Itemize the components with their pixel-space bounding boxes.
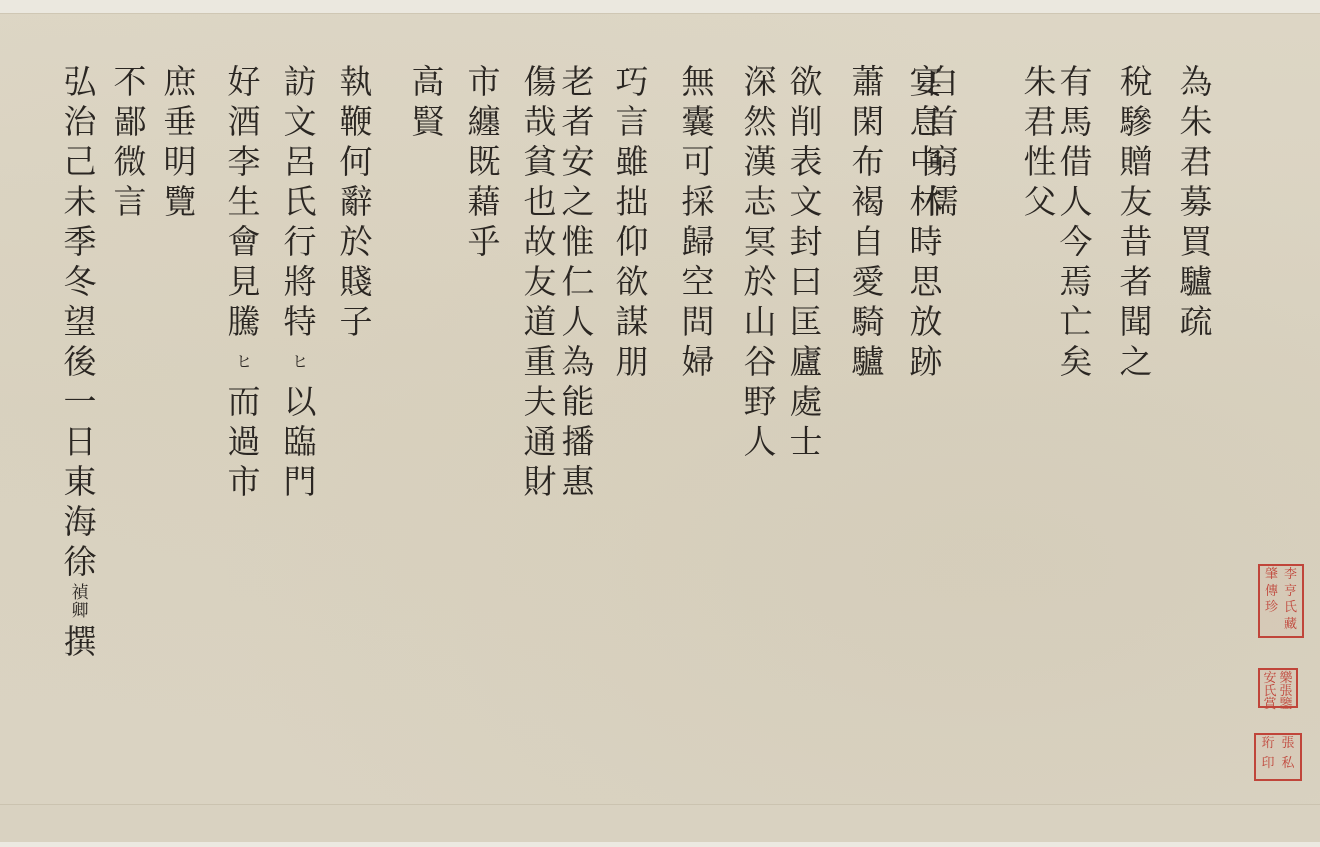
glyph: 高	[412, 62, 445, 102]
glyph: 季	[64, 222, 97, 262]
glyph: 生	[228, 182, 261, 222]
glyph: 財	[524, 462, 557, 502]
seal-glyph: 氏	[1281, 601, 1300, 618]
glyph: 以	[284, 382, 317, 422]
glyph: 士	[790, 422, 823, 462]
seal-glyph: 藏	[1281, 618, 1300, 635]
glyph: 文	[790, 182, 823, 222]
glyph: 酒	[228, 102, 261, 142]
glyph: 有	[1060, 62, 1093, 102]
glyph: 臨	[284, 422, 317, 462]
glyph: 山	[744, 302, 777, 342]
seal-glyph: 張	[1278, 737, 1298, 757]
text-column-7: 蕭閑布褐自愛騎驢	[846, 62, 890, 382]
glyph: 言	[616, 102, 649, 142]
glyph: 可	[682, 142, 715, 182]
glyph: 會	[228, 222, 261, 262]
glyph: 疏	[1180, 302, 1213, 342]
glyph: 一	[64, 382, 97, 422]
glyph: 惠	[562, 462, 595, 502]
glyph: 傷	[524, 62, 557, 102]
glyph: 婦	[682, 342, 715, 382]
glyph: 中	[910, 142, 943, 182]
glyph: 削	[790, 102, 823, 142]
glyph: 鞭	[340, 102, 373, 142]
glyph: 市	[228, 462, 261, 502]
glyph: ヒ	[236, 342, 252, 382]
text-column-4: 朱君性父	[1018, 62, 1062, 222]
glyph: 驢	[852, 342, 885, 382]
glyph: 蕭	[852, 62, 885, 102]
text-column-2: 稅驂贈友昔者聞之	[1114, 62, 1158, 382]
glyph: 李	[228, 142, 261, 182]
glyph: 撰	[64, 622, 97, 662]
glyph: 後	[64, 342, 97, 382]
seal-glyph: 賞	[1262, 698, 1278, 711]
glyph: 閑	[852, 102, 885, 142]
glyph: 父	[1024, 182, 1057, 222]
glyph: 門	[284, 462, 317, 502]
glyph: 朋	[616, 342, 649, 382]
glyph: 自	[852, 222, 885, 262]
seal-glyph: 亨	[1281, 585, 1300, 602]
glyph: 曰	[790, 262, 823, 302]
glyph: 驢	[1180, 262, 1213, 302]
seal-glyph: 肇	[1262, 568, 1281, 585]
seal-glyph: 珩	[1258, 737, 1278, 757]
glyph: 谷	[744, 342, 777, 382]
glyph: 治	[64, 102, 97, 142]
glyph: 無	[682, 62, 715, 102]
glyph: 也	[524, 182, 557, 222]
glyph: 而	[228, 382, 261, 422]
glyph: 匡	[790, 302, 823, 342]
glyph: 封	[790, 222, 823, 262]
glyph: 採	[682, 182, 715, 222]
glyph: 野	[744, 382, 777, 422]
glyph: 夫	[524, 382, 557, 422]
glyph: 為	[1180, 62, 1213, 102]
glyph: 冬	[64, 262, 97, 302]
glyph: 故	[524, 222, 557, 262]
glyph: 東	[64, 462, 97, 502]
text-column-14: 市纏既藉乎	[462, 62, 506, 262]
glyph: 特	[284, 302, 317, 342]
glyph: 庶	[164, 62, 197, 102]
glyph: 拙	[616, 182, 649, 222]
glyph: 囊	[682, 102, 715, 142]
glyph: 執	[340, 62, 373, 102]
glyph: 矣	[1060, 342, 1093, 382]
glyph: 冥	[744, 222, 777, 262]
text-column-1: 為朱君募買驢疏	[1174, 62, 1218, 342]
text-column-18: 好酒李生會見騰ヒ而過市	[222, 62, 266, 502]
scroll-bottom-mount	[0, 804, 1320, 847]
seal-glyph: 李	[1281, 568, 1300, 585]
glyph: 欲	[616, 262, 649, 302]
glyph: 明	[164, 142, 197, 182]
glyph: 雖	[616, 142, 649, 182]
text-column-16: 執鞭何辭於賤子	[334, 62, 378, 342]
glyph: 表	[790, 142, 823, 182]
glyph: ヒ	[292, 342, 308, 382]
glyph: 人	[744, 422, 777, 462]
glyph: 貧	[524, 142, 557, 182]
glyph: 志	[744, 182, 777, 222]
glyph: 贈	[1120, 142, 1153, 182]
glyph: 於	[340, 222, 373, 262]
collector-seal-2: 樂安張氏鑒賞	[1258, 668, 1298, 708]
glyph: 廬	[790, 342, 823, 382]
glyph: 友	[1120, 182, 1153, 222]
seal-glyph: 鑒	[1278, 698, 1294, 711]
glyph: 行	[284, 222, 317, 262]
glyph: 人	[562, 302, 595, 342]
scroll-top-mount	[0, 0, 1320, 14]
glyph: 仁	[562, 262, 595, 302]
glyph: 重	[524, 342, 557, 382]
text-column-8: 欲削表文封曰匡廬處士	[784, 62, 828, 462]
glyph: 播	[562, 422, 595, 462]
glyph: 老	[562, 62, 595, 102]
glyph: 褐	[852, 182, 885, 222]
glyph: 文	[284, 102, 317, 142]
glyph: 氏	[284, 182, 317, 222]
glyph: 既	[468, 142, 501, 182]
text-column-20: 不鄙微言	[108, 62, 152, 222]
glyph: 望	[64, 302, 97, 342]
glyph: 弘	[64, 62, 97, 102]
glyph: 布	[852, 142, 885, 182]
glyph: 者	[1120, 262, 1153, 302]
glyph: 為	[562, 342, 595, 382]
glyph: 辭	[340, 182, 373, 222]
glyph: 鄙	[114, 102, 147, 142]
glyph: 騰	[228, 302, 261, 342]
glyph: 之	[562, 182, 595, 222]
glyph: 友	[524, 262, 557, 302]
glyph: 今	[1060, 222, 1093, 262]
text-column-9: 深然漢志冥於山谷野人	[738, 62, 782, 462]
seal-glyph: 傳	[1262, 585, 1281, 602]
glyph: 賤	[340, 262, 373, 302]
glyph: 子	[340, 302, 373, 342]
glyph: 賢	[412, 102, 445, 142]
glyph: 處	[790, 382, 823, 422]
glyph: 見	[228, 262, 261, 302]
glyph: 深	[744, 62, 777, 102]
glyph: 何	[340, 142, 373, 182]
glyph: 借	[1060, 142, 1093, 182]
glyph: 過	[228, 422, 261, 462]
glyph: 問	[682, 302, 715, 342]
glyph: 好	[228, 62, 261, 102]
glyph: 禎卿	[72, 582, 89, 622]
text-column-11: 巧言雖拙仰欲謀朋	[610, 62, 654, 382]
glyph: 未	[64, 182, 97, 222]
glyph: 者	[562, 102, 595, 142]
text-column-12: 老者安之惟仁人為能播惠	[556, 62, 600, 502]
glyph: 垂	[164, 102, 197, 142]
glyph: 亡	[1060, 302, 1093, 342]
glyph: 能	[562, 382, 595, 422]
glyph: 乎	[468, 222, 501, 262]
glyph: 朱	[1180, 102, 1213, 142]
text-column-10: 無囊可採歸空問婦	[676, 62, 720, 382]
text-column-13: 傷哉貧也故友道重夫通財	[518, 62, 562, 502]
glyph: 之	[1120, 342, 1153, 382]
glyph: 人	[1060, 182, 1093, 222]
glyph: 道	[524, 302, 557, 342]
glyph: 放	[910, 302, 943, 342]
glyph: 林	[910, 182, 943, 222]
glyph: 息	[910, 102, 943, 142]
glyph: 買	[1180, 222, 1213, 262]
glyph: 募	[1180, 182, 1213, 222]
glyph: 徐	[64, 542, 97, 582]
glyph: 仰	[616, 222, 649, 262]
glyph: 訪	[284, 62, 317, 102]
glyph: 微	[114, 142, 147, 182]
text-column-21: 弘治己未季冬望後一日東海徐禎卿撰	[58, 62, 102, 662]
glyph: 愛	[852, 262, 885, 302]
glyph: 時	[910, 222, 943, 262]
glyph: 宴	[910, 62, 943, 102]
glyph: 朱	[1024, 62, 1057, 102]
glyph: 巧	[616, 62, 649, 102]
glyph: 己	[64, 142, 97, 182]
glyph: 稅	[1120, 62, 1153, 102]
glyph: 覽	[164, 182, 197, 222]
glyph: 君	[1180, 142, 1213, 182]
glyph: 跡	[910, 342, 943, 382]
glyph: 日	[64, 422, 97, 462]
text-column-6: 宴息中林時思放跡	[904, 62, 948, 382]
glyph: 纏	[468, 102, 501, 142]
scroll-bottom-edge	[0, 842, 1320, 847]
glyph: 欲	[790, 62, 823, 102]
text-column-15: 高賢	[406, 62, 450, 142]
seal-glyph: 印	[1258, 757, 1278, 777]
glyph: 市	[468, 62, 501, 102]
glyph: 哉	[524, 102, 557, 142]
glyph: 歸	[682, 222, 715, 262]
glyph: 將	[284, 262, 317, 302]
glyph: 謀	[616, 302, 649, 342]
glyph: 思	[910, 262, 943, 302]
seal-glyph: 珍	[1262, 601, 1281, 618]
glyph: 君	[1024, 102, 1057, 142]
glyph: 昔	[1120, 222, 1153, 262]
glyph: 不	[114, 62, 147, 102]
collector-seal-3: 張珩私印	[1254, 733, 1302, 781]
glyph: 言	[114, 182, 147, 222]
glyph: 通	[524, 422, 557, 462]
glyph: 焉	[1060, 262, 1093, 302]
glyph: 馬	[1060, 102, 1093, 142]
glyph: 於	[744, 262, 777, 302]
glyph: 性	[1024, 142, 1057, 182]
glyph: 然	[744, 102, 777, 142]
glyph: 海	[64, 502, 97, 542]
text-column-17: 訪文呂氏行將特ヒ以臨門	[278, 62, 322, 502]
glyph: 惟	[562, 222, 595, 262]
glyph: 聞	[1120, 302, 1153, 342]
glyph: 空	[682, 262, 715, 302]
collector-seal-1: 李肇亨傳氏珍藏	[1258, 564, 1304, 638]
glyph: 騎	[852, 302, 885, 342]
seal-glyph: 私	[1278, 757, 1298, 777]
glyph: 安	[562, 142, 595, 182]
glyph: 驂	[1120, 102, 1153, 142]
glyph: 藉	[468, 182, 501, 222]
text-column-19: 庶垂明覽	[158, 62, 202, 222]
glyph: 漢	[744, 142, 777, 182]
glyph: 呂	[284, 142, 317, 182]
